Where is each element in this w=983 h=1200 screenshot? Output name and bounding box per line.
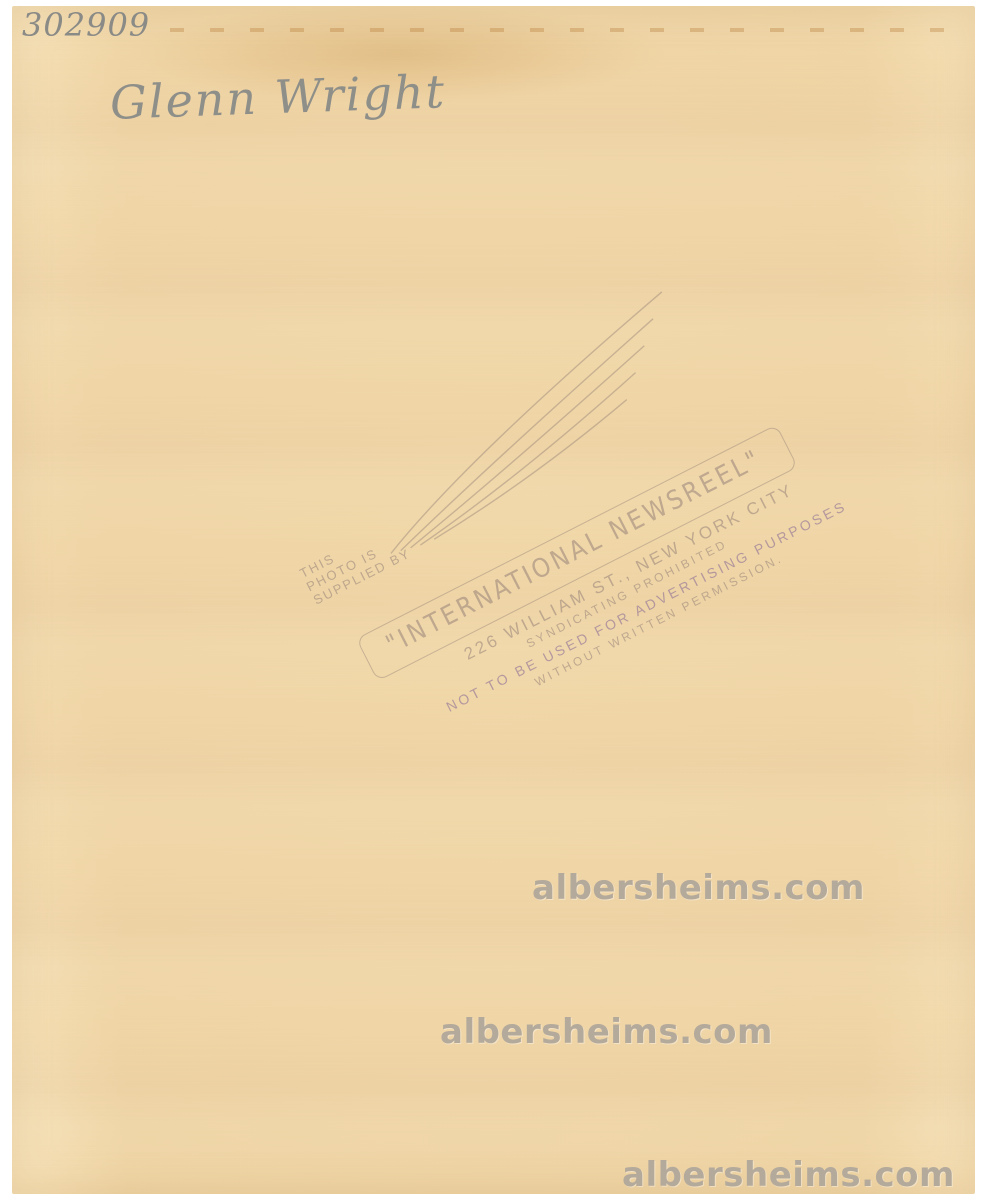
stamp-supplied-by: THIS PHOTO IS SUPPLIED BY <box>297 519 413 608</box>
watermark-2: albersheims.com <box>440 1012 773 1052</box>
watermark-1: albersheims.com <box>532 868 865 908</box>
agency-stamp: THIS PHOTO IS SUPPLIED BY "INTERNATIONAL… <box>300 330 900 810</box>
top-edge-marks <box>170 28 950 32</box>
handwritten-catalog-number: 302909 <box>22 6 150 44</box>
watermark-3: albersheims.com <box>622 1155 955 1195</box>
